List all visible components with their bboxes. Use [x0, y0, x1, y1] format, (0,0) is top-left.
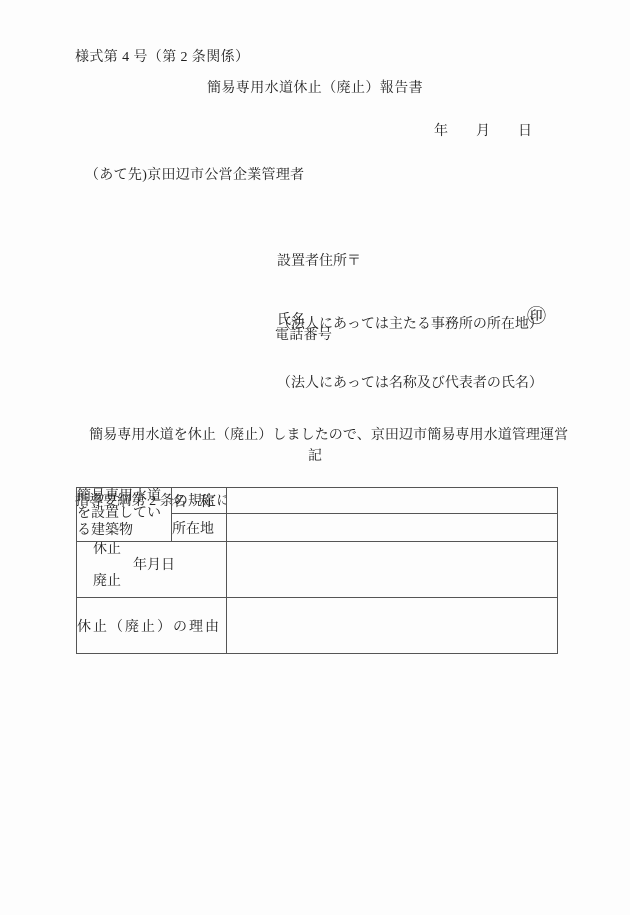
- phone-number-label: 電話番号: [275, 324, 332, 344]
- form-number: 様式第 4 号（第 2 条関係）: [75, 46, 249, 66]
- name-value-cell: [227, 488, 558, 514]
- suspension-label: 休止: [77, 542, 226, 558]
- reason-label-cell: 休止（廃止）の理由: [77, 598, 227, 654]
- building-label-cell: 簡易専用水道を設置している建築物: [77, 488, 172, 542]
- location-label-cell: 所在地: [172, 514, 227, 542]
- date-line: 年 月 日: [434, 120, 532, 140]
- table-row-date: 休止 年月日 廃止: [77, 542, 558, 598]
- document-page: 様式第 4 号（第 2 条関係） 簡易専用水道休止（廃止）報告書 年 月 日 （…: [0, 0, 630, 915]
- date-ymd-label: 年月日: [77, 558, 226, 574]
- body-line-1: 簡易専用水道を休止（廃止）しましたので、京田辺市簡易専用水道管理運営: [75, 425, 568, 447]
- location-value-cell: [227, 514, 558, 542]
- abolition-label: 廃止: [77, 574, 226, 590]
- name-label-cell: 名 称: [172, 488, 227, 514]
- addressee-line: （あて先)京田辺市公営企業管理者: [85, 164, 304, 184]
- suspension-date-value-cell: [227, 542, 558, 598]
- reason-value-cell: [227, 598, 558, 654]
- table-row-name: 簡易専用水道を設置している建築物 名 称: [77, 488, 558, 514]
- document-title: 簡易専用水道休止（廃止）報告書: [0, 77, 630, 97]
- seal-stamp-icon: ㊞: [527, 301, 546, 328]
- table-row-reason: 休止（廃止）の理由: [77, 598, 558, 654]
- report-table: 簡易専用水道を設置している建築物 名 称 所在地 休止 年月日 廃止 休止（廃止…: [76, 487, 558, 654]
- suspension-date-label-cell: 休止 年月日 廃止: [77, 542, 227, 598]
- notation-heading: 記: [0, 445, 630, 465]
